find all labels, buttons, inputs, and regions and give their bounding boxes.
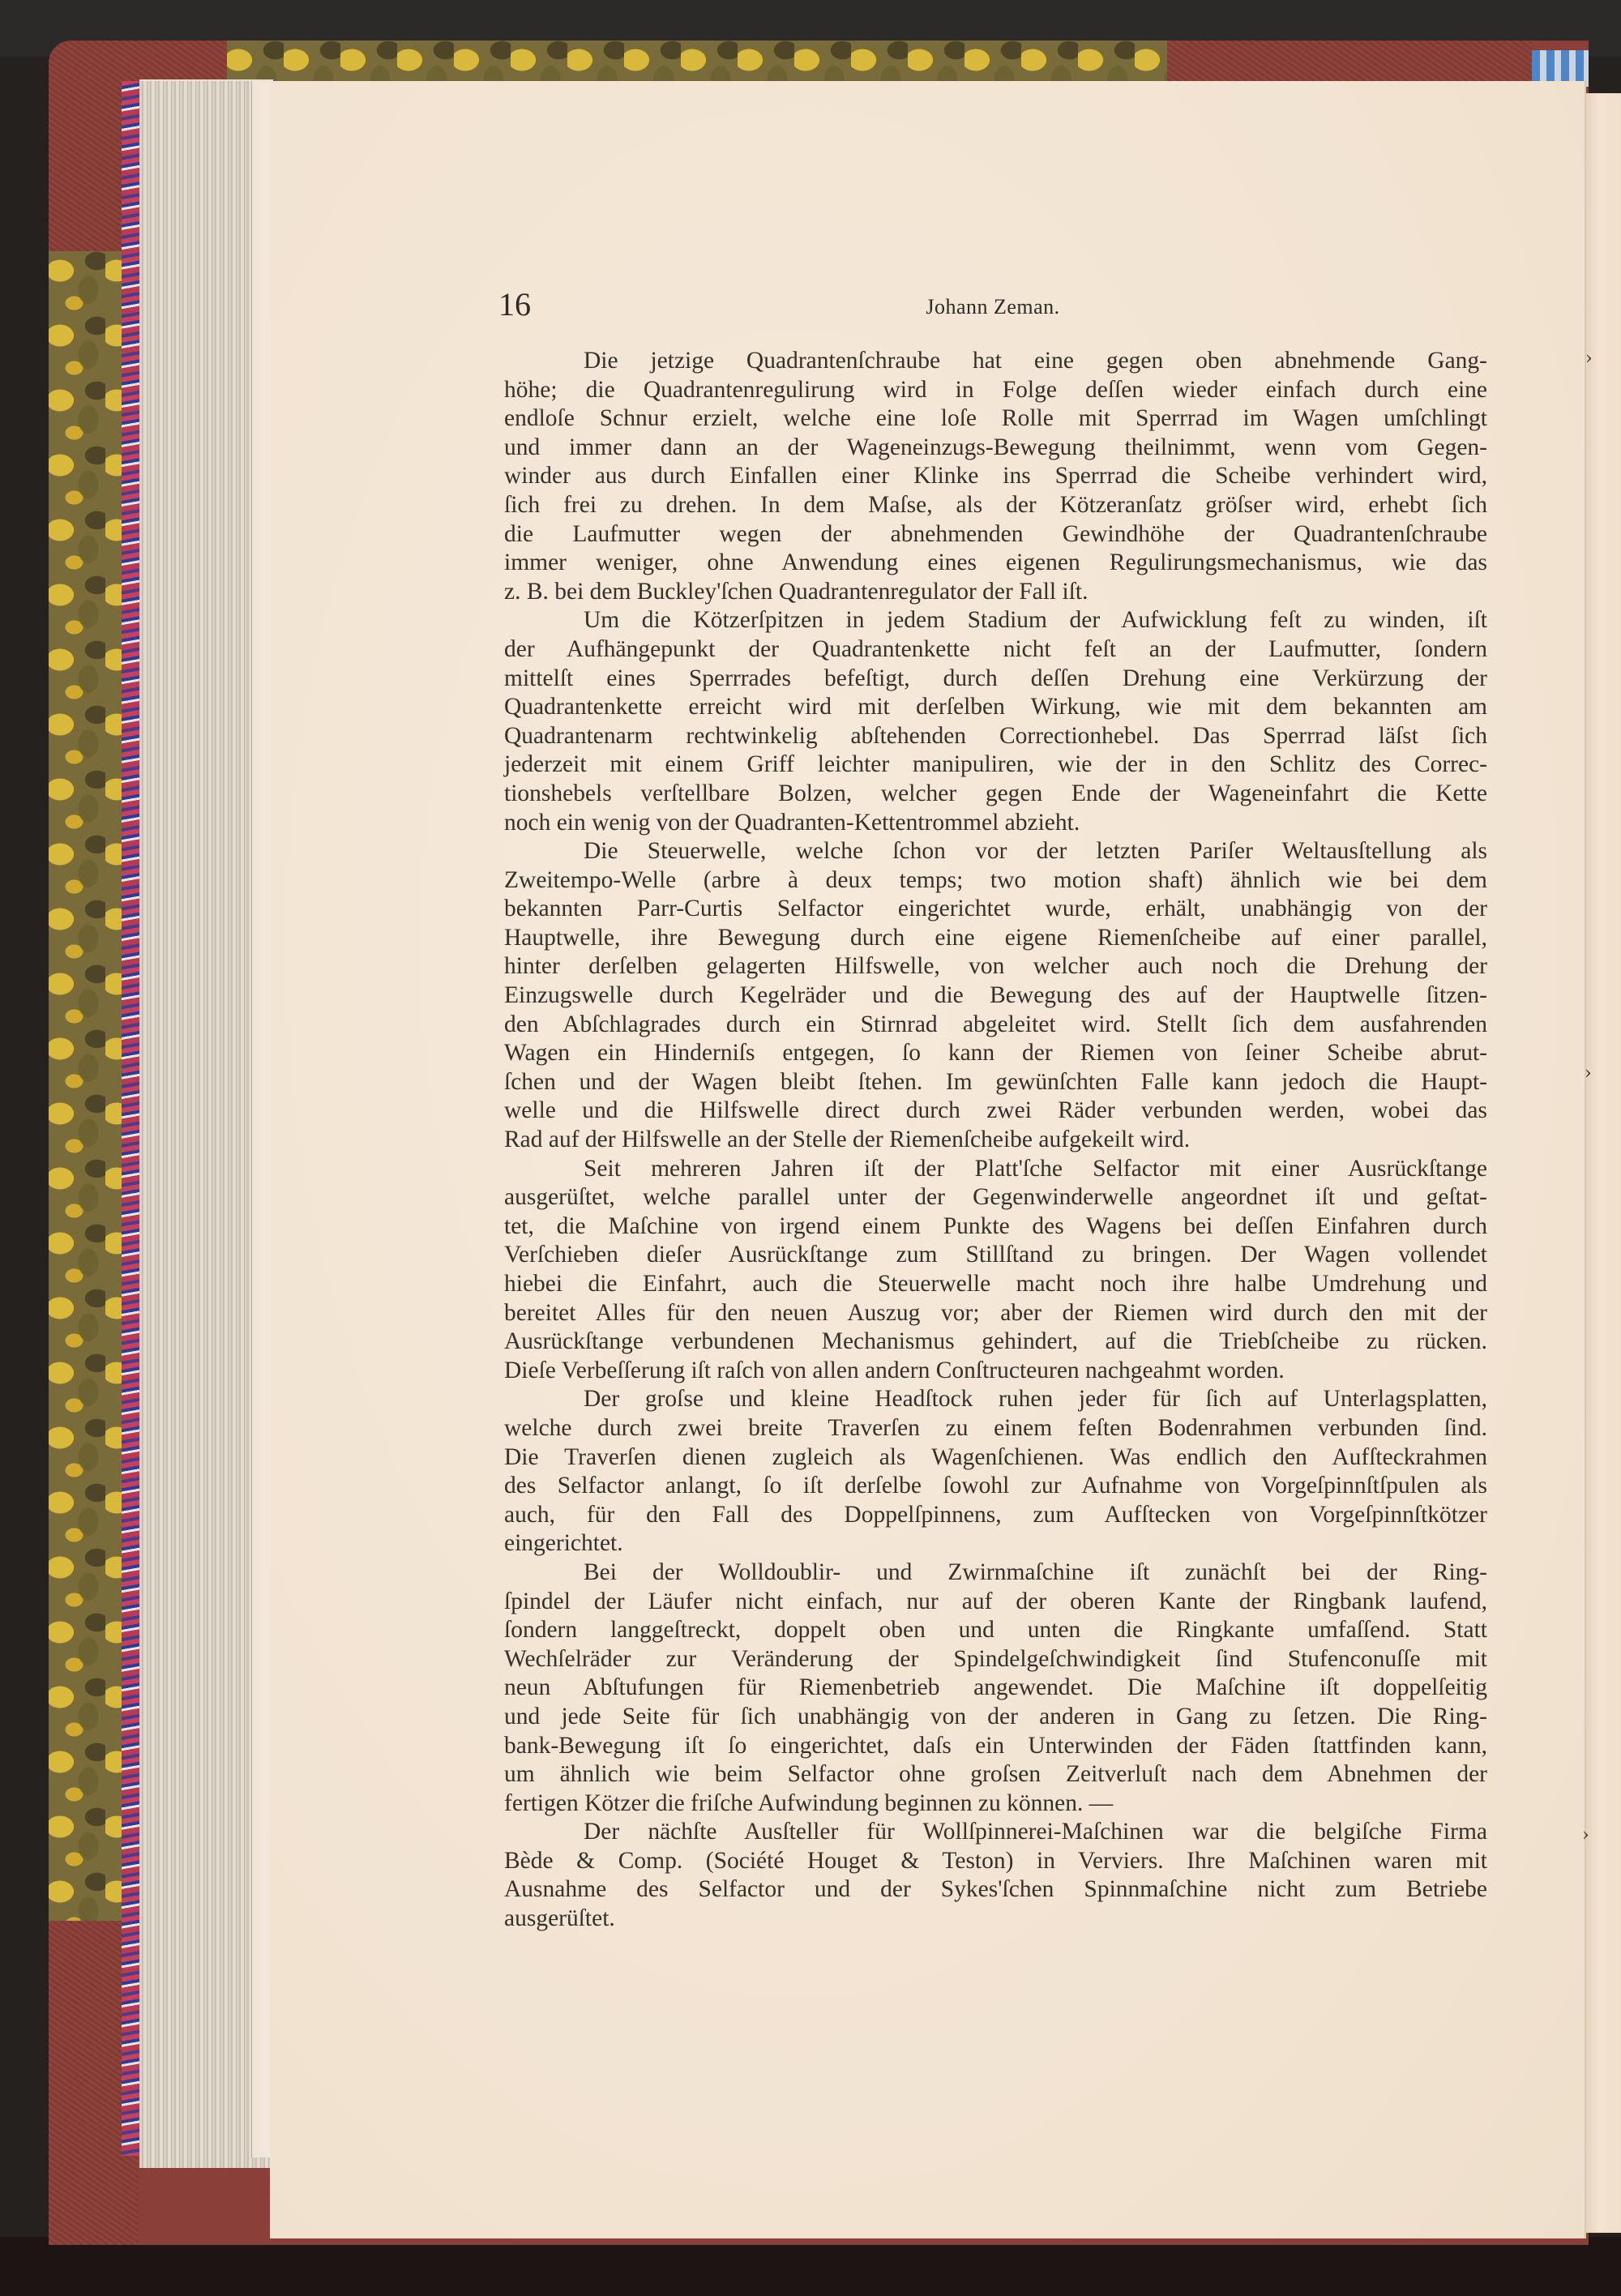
- text-line: ausgerüſtet.: [504, 1905, 1487, 1934]
- text-line: Die Steuerwelle, welche ſchon vor der le…: [504, 837, 1487, 866]
- margin-mark: ›: [1585, 348, 1593, 369]
- text-line: Bei der Wolldoublir- und Zwirnmaſchine i…: [504, 1558, 1487, 1588]
- text-line: bank-Bewegung iſt ſo eingerichtet, daſs …: [504, 1732, 1487, 1761]
- text-line: eingerichtet.: [504, 1529, 1487, 1558]
- text-line: Hauptwelle, ihre Bewegung durch eine eig…: [504, 924, 1487, 953]
- text-line: mittelſt eines Sperrrades befeſtigt, dur…: [504, 665, 1487, 694]
- running-title: Johann Zeman.: [498, 295, 1487, 319]
- marbled-board-top: [227, 41, 1167, 85]
- text-line: ausgerüſtet, welche parallel unter der G…: [504, 1183, 1487, 1212]
- text-line: Wechſelräder zur Veränderung der Spindel…: [504, 1645, 1487, 1674]
- paragraph: Bei der Wolldoublir- und Zwirnmaſchine i…: [504, 1558, 1487, 1818]
- text-line: Rad auf der Hilfswelle an der Stelle der…: [504, 1126, 1487, 1155]
- text-line: der Aufhängepunkt der Quadrantenkette ni…: [504, 635, 1487, 665]
- text-line: hiebei die Einfahrt, auch die Steuerwell…: [504, 1270, 1487, 1299]
- paragraph: Der nächſte Ausſteller für Wollſpinnerei…: [504, 1818, 1487, 1933]
- text-line: Um die Kötzerſpitzen in jedem Stadium de…: [504, 606, 1487, 635]
- text-line: Seit mehreren Jahren iſt der Platt'ſche …: [504, 1155, 1487, 1184]
- paragraph: Seit mehreren Jahren iſt der Platt'ſche …: [504, 1155, 1487, 1386]
- text-line: Der groſse und kleine Headſtock ruhen je…: [504, 1385, 1487, 1414]
- text-line: des Selfactor anlangt, ſo iſt derſelbe ſ…: [504, 1472, 1487, 1501]
- text-line: bereitet Alles für den neuen Auszug vor;…: [504, 1299, 1487, 1328]
- text-line: bekannten Parr-Curtis Selfactor eingeric…: [504, 895, 1487, 924]
- text-line: z. B. bei dem Buckley'ſchen Quadrantenre…: [504, 578, 1487, 607]
- text-line: jederzeit mit einem Griff leichter manip…: [504, 750, 1487, 780]
- text-line: ſpindel der Läufer nicht einfach, nur au…: [504, 1588, 1487, 1617]
- marbled-page-edge: [122, 81, 139, 2156]
- text-line: welle und die Hilfswelle direct durch zw…: [504, 1097, 1487, 1126]
- text-line: Wagen ein Hinderniſs entgegen, ſo kann d…: [504, 1039, 1487, 1068]
- margin-mark: ›: [1585, 1063, 1592, 1084]
- text-line: Die Traverſen dienen zugleich als Wagenſ…: [504, 1443, 1487, 1473]
- text-line: Quadrantenarm rechtwinkelig abſtehenden …: [504, 722, 1487, 751]
- text-line: neun Abſtufungen für Riemenbetrieb angew…: [504, 1674, 1487, 1703]
- text-line: um ähnlich wie beim Selfactor ohne groſs…: [504, 1760, 1487, 1789]
- text-line: Der nächſte Ausſteller für Wollſpinnerei…: [504, 1818, 1487, 1847]
- text-line: tionshebels verſtellbare Bolzen, welcher…: [504, 780, 1487, 809]
- text-line: winder aus durch Einfallen einer Klinke …: [504, 462, 1487, 491]
- paragraph: Der groſse und kleine Headſtock ruhen je…: [504, 1385, 1487, 1558]
- text-line: und jede Seite für ſich unabhängig von d…: [504, 1703, 1487, 1732]
- text-line: immer weniger, ohne Anwendung eines eige…: [504, 549, 1487, 578]
- running-head: 16 Johann Zeman.: [498, 285, 1487, 326]
- text-line: ſondern langgeſtreckt, doppelt oben und …: [504, 1616, 1487, 1645]
- text-line: Zweitempo-Welle (arbre à deux temps; two…: [504, 866, 1487, 896]
- paragraph: Die Steuerwelle, welche ſchon vor der le…: [504, 837, 1487, 1155]
- text-line: ſich frei zu drehen. In dem Maſse, als d…: [504, 491, 1487, 520]
- text-line: tet, die Maſchine von irgend einem Punkt…: [504, 1212, 1487, 1242]
- text-line: endloſe Schnur erzielt, welche eine loſe…: [504, 404, 1487, 434]
- text-line: Verſchieben dieſer Ausrückſtange zum Sti…: [504, 1241, 1487, 1270]
- background-bottom: [0, 2237, 1621, 2296]
- text-line: Quadrantenkette erreicht wird mit derſel…: [504, 693, 1487, 722]
- next-page-sliver: [1585, 93, 1621, 2233]
- text-line: welche durch zwei breite Traverſen zu ei…: [504, 1414, 1487, 1443]
- text-line: Einzugswelle durch Kegelräder und die Be…: [504, 981, 1487, 1011]
- text-line: hinter derſelben gelagerten Hilfswelle, …: [504, 952, 1487, 981]
- body-text: Die jetzige Quadrantenſchraube hat eine …: [504, 347, 1487, 1934]
- margin-mark: ›: [1582, 1825, 1589, 1845]
- text-line: den Abſchlagrades durch ein Stirnrad abg…: [504, 1011, 1487, 1040]
- text-line: fertigen Kötzer die friſche Aufwindung b…: [504, 1789, 1487, 1819]
- text-line: ſchen und der Wagen bleibt ſtehen. Im ge…: [504, 1068, 1487, 1097]
- text-line: Dieſe Verbeſſerung iſt raſch von allen a…: [504, 1357, 1487, 1386]
- text-line: die Laufmutter wegen der abnehmenden Gew…: [504, 520, 1487, 549]
- text-line: und immer dann an der Wageneinzugs-Beweg…: [504, 434, 1487, 463]
- text-line: höhe; die Quadrantenregulirung wird in F…: [504, 376, 1487, 405]
- paragraph: Um die Kötzerſpitzen in jedem Stadium de…: [504, 606, 1487, 837]
- text-line: Ausnahme des Selfactor und der Sykes'ſch…: [504, 1875, 1487, 1905]
- text-line: Bède & Comp. (Société Houget & Teston) i…: [504, 1847, 1487, 1876]
- paragraph: Die jetzige Quadrantenſchraube hat eine …: [504, 347, 1487, 606]
- text-line: auch, für den Fall des Doppelſpinnens, z…: [504, 1501, 1487, 1530]
- text-line: noch ein wenig von der Quadranten-Ketten…: [504, 809, 1487, 838]
- text-line: Die jetzige Quadrantenſchraube hat eine …: [504, 347, 1487, 376]
- text-line: Ausrückſtange verbundenen Mechanismus ge…: [504, 1328, 1487, 1357]
